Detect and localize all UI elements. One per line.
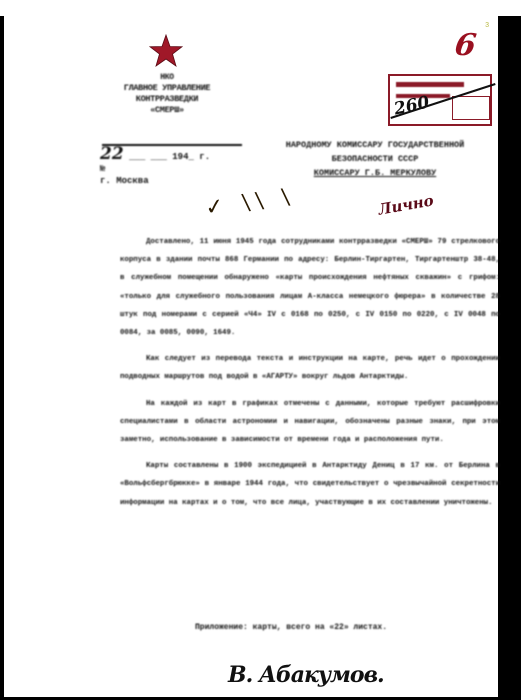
signature: В. Абакумов. [228,662,384,688]
reference-number: № [100,163,210,175]
registration-stamp: 260 [388,74,492,126]
date-block: 22 ___ ___ 194_ г. № г. Москва [100,148,210,187]
paragraph: Карты составлены в 1900 экспедицией в Ан… [120,457,500,512]
organization-header: НКО ГЛАВНОЕ УПРАВЛЕНИЕ КОНТРРАЗВЕДКИ «СМ… [92,72,242,116]
attachment-note: Приложение: карты, всего на «22» листах. [195,623,387,632]
date-line: ___ ___ 194_ г. [129,152,210,162]
city: г. Москва [100,175,210,187]
stamp-box [452,96,490,120]
org-line: ГЛАВНОЕ УПРАВЛЕНИЕ [92,83,242,94]
paragraph: Доставлено, 11 июня 1945 года сотрудника… [120,233,500,342]
addressee-line: БЕЗОПАСНОСТИ СССР [250,152,500,166]
margin-marks: ✓ \\ \ [204,184,297,221]
red-star-icon [149,34,183,68]
addressee-name: КОМИССАРУ Г.Б. МЕРКУЛОВУ [250,166,500,180]
handwritten-resolution: Лично [377,191,435,218]
scan-border-left [0,16,4,700]
scan-border-right [498,16,521,700]
stamp-line [396,82,464,87]
letter-body: Доставлено, 11 июня 1945 года сотрудника… [120,233,500,512]
addressee-block: НАРОДНОМУ КОМИССАРУ ГОСУДАРСТВЕННОЙ БЕЗО… [250,138,500,180]
paragraph: Как следует из перевода текста и инструк… [120,350,500,386]
corner-mark: 3 [485,22,489,30]
org-line: «СМЕРШ» [92,105,242,116]
date-day: 22 [100,144,124,164]
addressee-line: НАРОДНОМУ КОМИССАРУ ГОСУДАРСТВЕННОЙ [250,138,500,152]
divider [102,144,242,146]
paragraph: На каждой из карт в графиках отмечены с … [120,395,500,450]
org-line: КОНТРРАЗВЕДКИ [92,94,242,105]
org-line: НКО [92,72,242,83]
page-number: 6 [453,28,479,63]
